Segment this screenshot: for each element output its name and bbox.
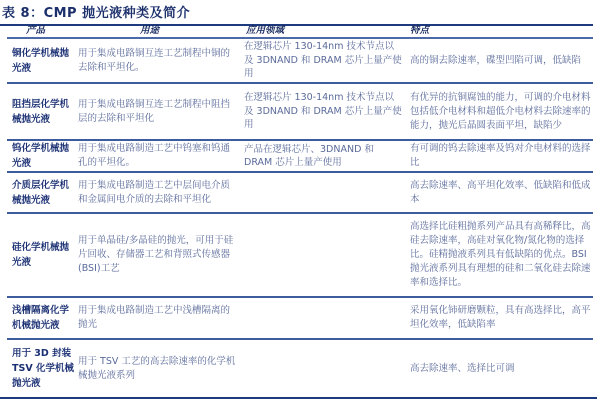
usage-cell: 用于集成电路制造工艺中浅槽隔离的抛光 xyxy=(78,298,238,338)
header-product: 产品 xyxy=(26,25,45,37)
features-cell: 采用氧化铈研磨颗粒，具有高选择比，高平坦化效率，低缺陷率 xyxy=(410,298,592,338)
product-cell: 浅槽隔离化学机械抛光液 xyxy=(12,298,76,338)
features-cell: 有优异的抗铜腐蚀的能力，可调的介电材料包括低介电材料和超低介电材料去除速率的能力… xyxy=(410,84,592,139)
features-cell: 有可调的钨去除速率及钨对介电材料的选择比 xyxy=(410,141,592,171)
application-cell: 在逻辑芯片 130-14nm 技术节点以及 3DNAND 和 DRAM 芯片上量… xyxy=(244,84,402,139)
product-cell: 钨化学机械抛光液 xyxy=(12,141,76,171)
usage-cell: 用于单晶硅/多晶硅的抛光，可用于硅片回收、存储器工艺和背照式传感器(BSI)工艺 xyxy=(78,214,238,296)
product-cell: 铜化学机械抛光液 xyxy=(12,39,76,82)
product-cell: 阻挡层化学机械抛光液 xyxy=(12,84,76,139)
application-cell: 在逻辑芯片 130-14nm 技术节点以及 3DNAND 和 DRAM 芯片上量… xyxy=(244,39,402,82)
header-usage: 用途 xyxy=(140,25,159,37)
usage-cell: 用于集成电路制造工艺中层间电介质和金属间电介质的去除和平坦化 xyxy=(78,173,238,212)
features-cell: 高选择比硅粗抛系列产品具有高稀释比，高硅去除速率，高硅对氧化物/氮化物的选择比。… xyxy=(410,214,592,296)
table-title: 表 8：CMP 抛光液种类及简介 xyxy=(2,2,190,21)
features-cell: 高的铜去除速率，碟型凹陷可调，低缺陷 xyxy=(410,39,592,82)
product-cell: 用于 3D 封装 TSV 化学机械抛光液 xyxy=(12,340,76,397)
usage-cell: 用于集成电路铜互连工艺制程中铜的去除和平坦化。 xyxy=(78,39,238,82)
usage-cell: 用于 TSV 工艺的高去除速率的化学机械抛光液系列 xyxy=(78,340,238,397)
usage-cell: 用于集成电路制造工艺中钨塞和钨通孔的平坦化。 xyxy=(78,141,238,171)
features-cell: 高去除速率、选择比可调 xyxy=(410,340,592,397)
product-cell: 介质层化学机械抛光液 xyxy=(12,173,76,212)
features-cell: 高去除速率、高平坦化效率、低缺陷和低成本 xyxy=(410,173,592,212)
table-top-rule xyxy=(0,24,593,26)
application-cell: 产品在逻辑芯片、3DNAND 和 DRAM 芯片上量产使用 xyxy=(244,141,402,171)
usage-cell: 用于集成电路铜互连工艺制程中阻挡层的去除和平坦化 xyxy=(78,84,238,139)
product-cell: 硅化学机械抛光液 xyxy=(12,214,76,296)
header-features: 特点 xyxy=(410,25,429,37)
header-application: 应用领域 xyxy=(246,25,284,37)
table-bottom-rule xyxy=(0,397,597,399)
